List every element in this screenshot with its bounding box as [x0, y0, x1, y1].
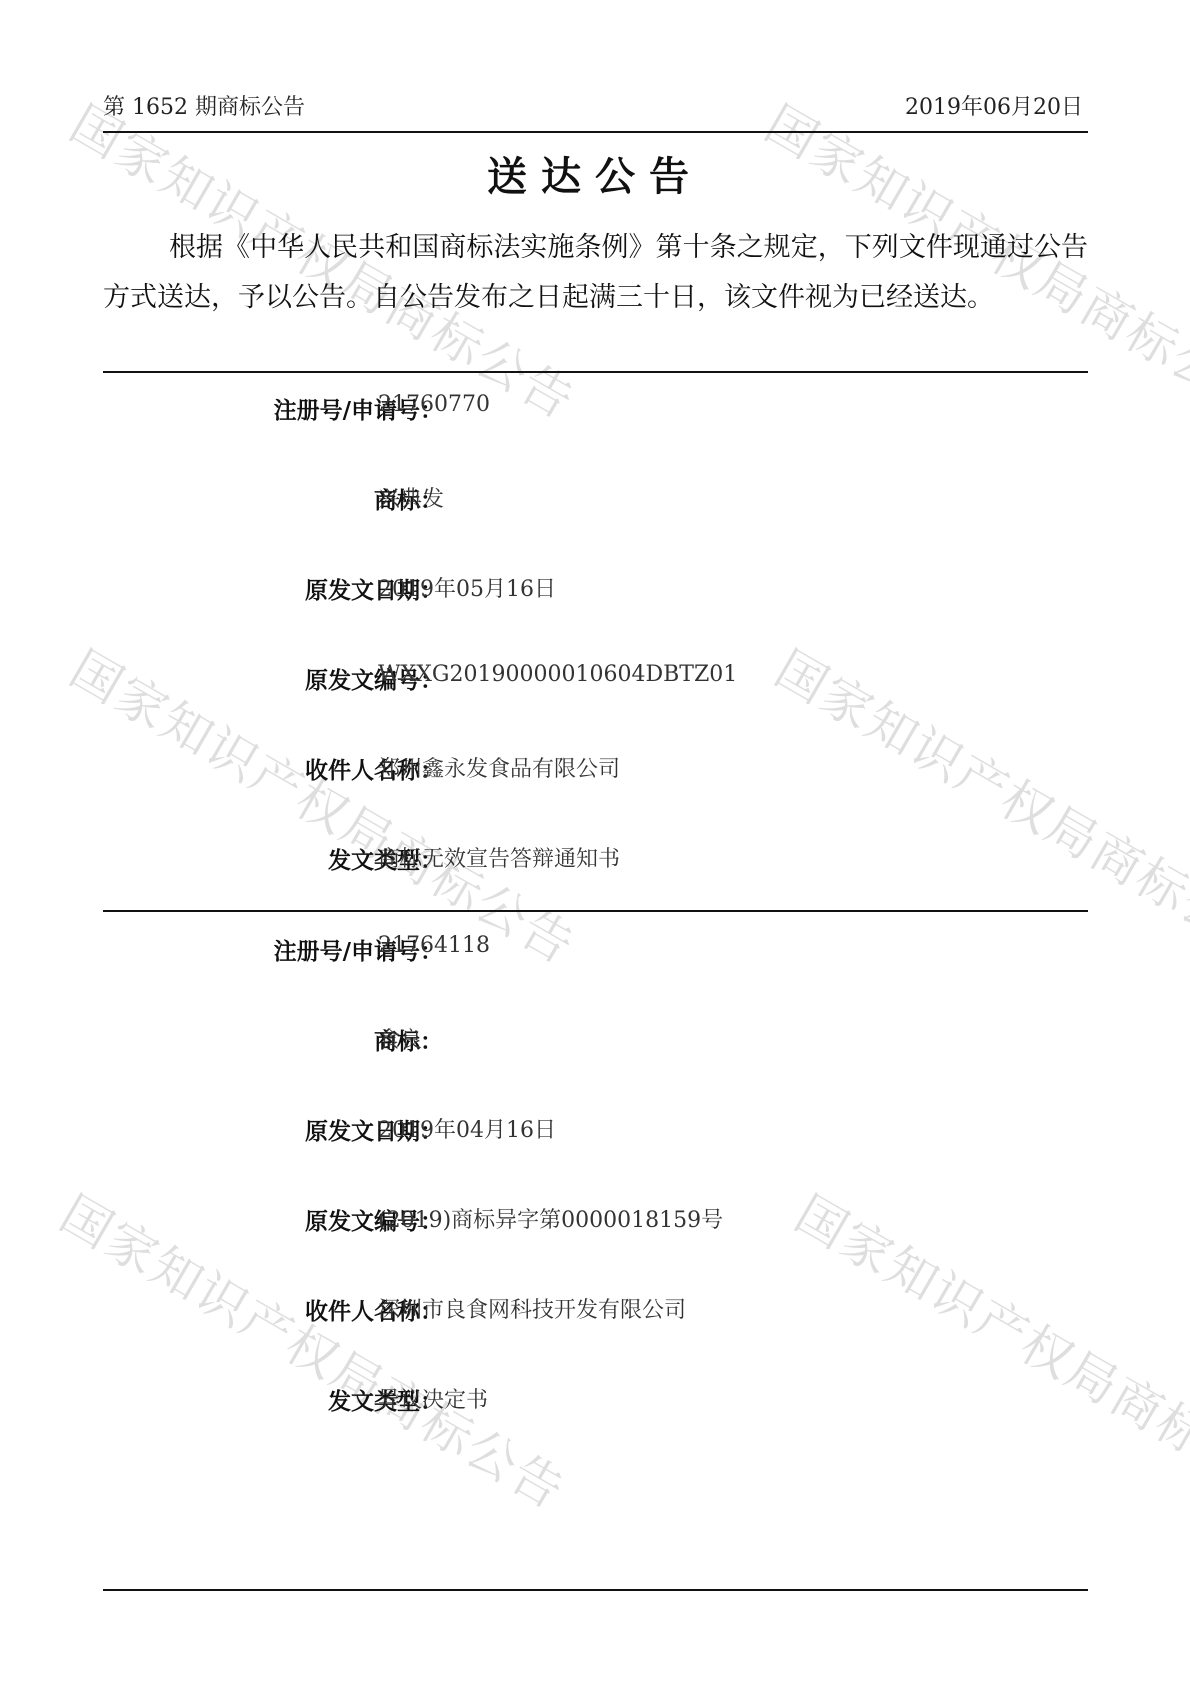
field-reg-no: 注册号/申请号： 21760770 [103, 392, 1088, 432]
footer-divider [103, 1589, 1088, 1591]
field-reg-no: 注册号/申请号： 21764118 [103, 933, 1088, 973]
publication-date: 2019年06月20日 [905, 90, 1083, 121]
value: 异议决定书 [378, 1383, 488, 1414]
field-orig-date: 原发文日期： 2019年05月16日 [103, 572, 1088, 612]
value: 郑州鑫永发食品有限公司 [378, 752, 620, 783]
issue-number: 第 1652 期商标公告 [103, 90, 305, 121]
header-divider [103, 131, 1088, 133]
field-trademark: 商标： 食良 [103, 1023, 1088, 1063]
value: (2019)商标异字第0000018159号 [378, 1203, 723, 1234]
value: 商标无效宣告答辩通知书 [378, 842, 620, 873]
field-recipient: 收件人名称： 深圳市良食网科技开发有限公司 [103, 1293, 1088, 1333]
field-orig-date: 原发文日期： 2019年04月16日 [103, 1113, 1088, 1153]
section-divider [103, 371, 1088, 373]
page-title: 送达公告 [0, 145, 1190, 202]
field-recipient: 收件人名称： 郑州鑫永发食品有限公司 [103, 752, 1088, 792]
field-trademark: 商标： 兴典发 [103, 482, 1088, 522]
value: 2019年04月16日 [378, 1113, 556, 1144]
value: 食良 [378, 1023, 422, 1054]
value: WXXG20190000010604DBTZ01 [378, 662, 737, 687]
intro-paragraph: 根据《中华人民共和国商标法实施条例》第十条之规定，下列文件现通过公告方式送达，予… [103, 223, 1088, 323]
value: 兴典发 [378, 482, 444, 513]
value: 21764118 [378, 933, 490, 958]
record-divider [103, 910, 1088, 912]
field-orig-no: 原发文编号： (2019)商标异字第0000018159号 [103, 1203, 1088, 1243]
field-doc-type: 发文类型： 异议决定书 [103, 1383, 1088, 1423]
value: 深圳市良食网科技开发有限公司 [378, 1293, 686, 1324]
value: 21760770 [378, 392, 490, 417]
value: 2019年05月16日 [378, 572, 556, 603]
field-orig-no: 原发文编号： WXXG20190000010604DBTZ01 [103, 662, 1088, 702]
field-doc-type: 发文类型： 商标无效宣告答辩通知书 [103, 842, 1088, 882]
